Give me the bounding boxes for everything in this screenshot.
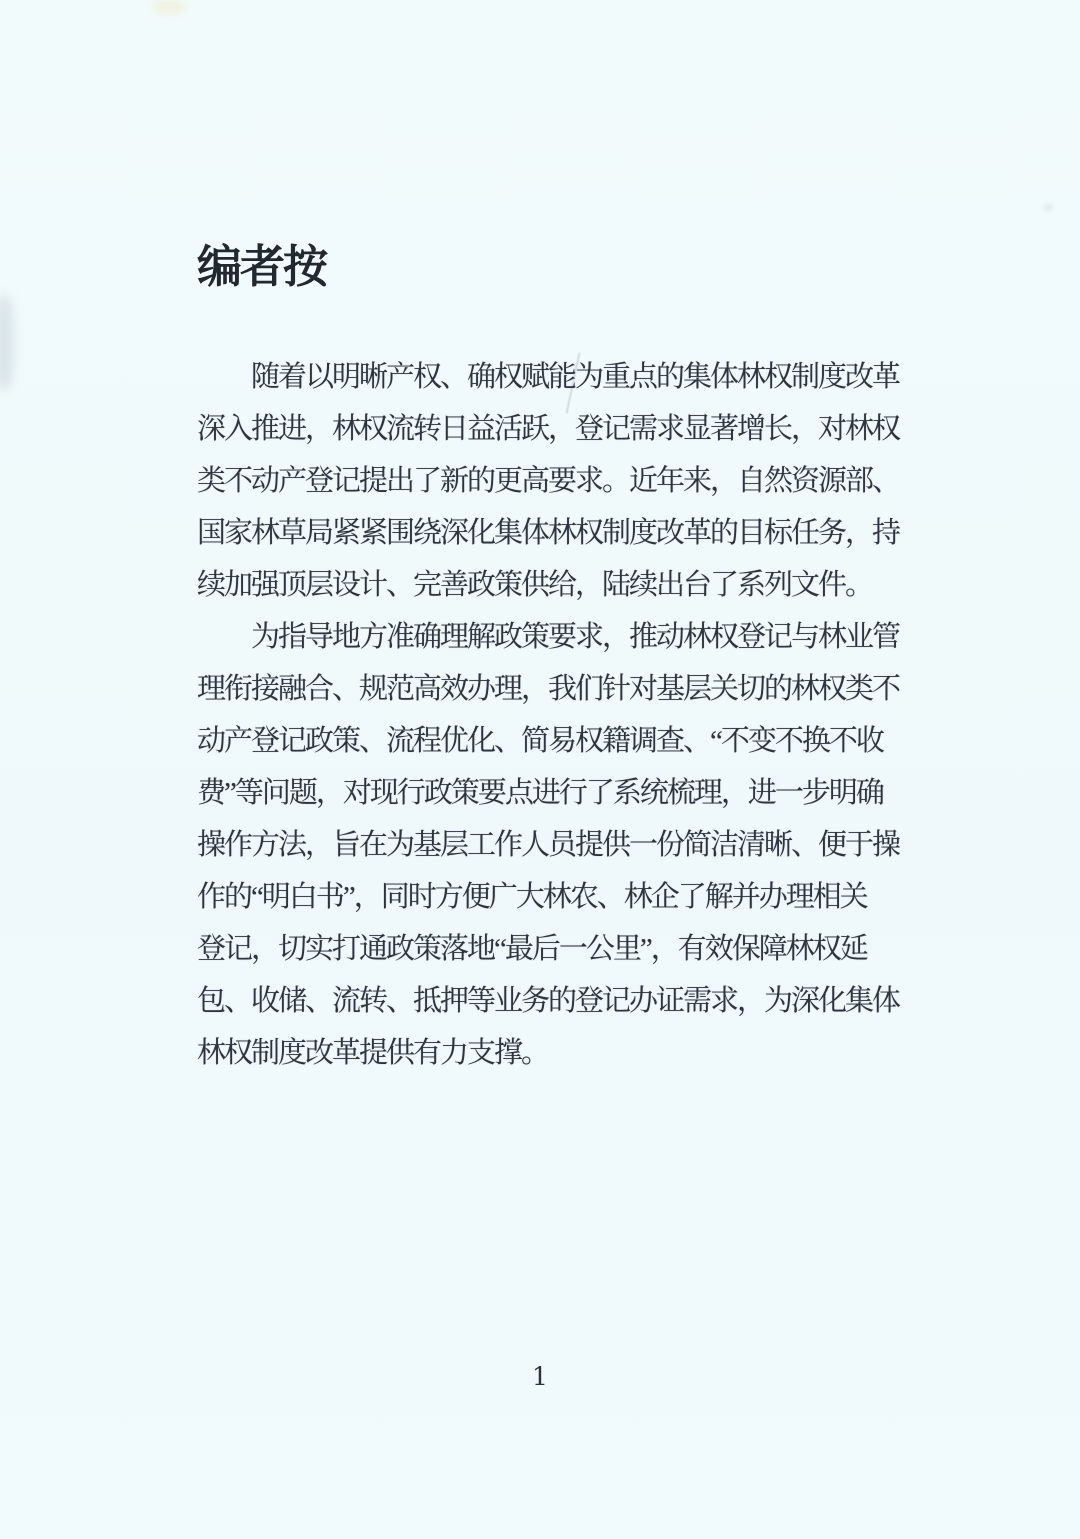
text-line: 操作方法，旨在为基层工作人员提供一份简洁清晰、便于操 xyxy=(197,819,904,871)
scan-smudge-top xyxy=(152,0,186,14)
page-number: 1 xyxy=(0,1362,1080,1392)
scan-speck-right xyxy=(1044,204,1053,211)
text-line: 动产登记政策、流程优化、简易权籍调查、“不变不换不收 xyxy=(197,715,904,767)
paragraph-2: 为指导地方准确理解政策要求，推动林权登记与林业管 理衔接融合、规范高效办理，我们… xyxy=(197,611,904,1079)
paragraph-1: 随着以明晰产权、确权赋能为重点的集体林权制度改革 深入推进，林权流转日益活跃，登… xyxy=(197,351,904,611)
text-line: 包、收储、流转、抵押等业务的登记办证需求，为深化集体 xyxy=(197,975,904,1027)
document-body: 随着以明晰产权、确权赋能为重点的集体林权制度改革 深入推进，林权流转日益活跃，登… xyxy=(197,351,904,1079)
scan-smudge-left xyxy=(0,295,14,390)
text-line: 登记，切实打通政策落地“最后一公里”，有效保障林权延 xyxy=(197,923,904,975)
text-line: 深入推进，林权流转日益活跃，登记需求显著增长，对林权 xyxy=(197,403,904,455)
text-line: 随着以明晰产权、确权赋能为重点的集体林权制度改革 xyxy=(197,351,904,403)
text-line: 类不动产登记提出了新的更高要求。近年来，自然资源部、 xyxy=(197,455,904,507)
text-line: 续加强顶层设计、完善政策供给，陆续出台了系列文件。 xyxy=(197,559,904,611)
text-line: 费”等问题，对现行政策要点进行了系统梳理，进一步明确 xyxy=(197,767,904,819)
text-line: 林权制度改革提供有力支撑。 xyxy=(197,1027,904,1079)
text-line: 为指导地方准确理解政策要求，推动林权登记与林业管 xyxy=(197,611,904,663)
text-line: 国家林草局紧紧围绕深化集体林权制度改革的目标任务，持 xyxy=(197,507,904,559)
text-line: 作的“明白书”，同时方便广大林农、林企了解并办理相关 xyxy=(197,871,904,923)
document-page: 编者按 随着以明晰产权、确权赋能为重点的集体林权制度改革 深入推进，林权流转日益… xyxy=(0,0,1080,1539)
text-line: 理衔接融合、规范高效办理，我们针对基层关切的林权类不 xyxy=(197,663,904,715)
page-title: 编者按 xyxy=(197,240,326,294)
